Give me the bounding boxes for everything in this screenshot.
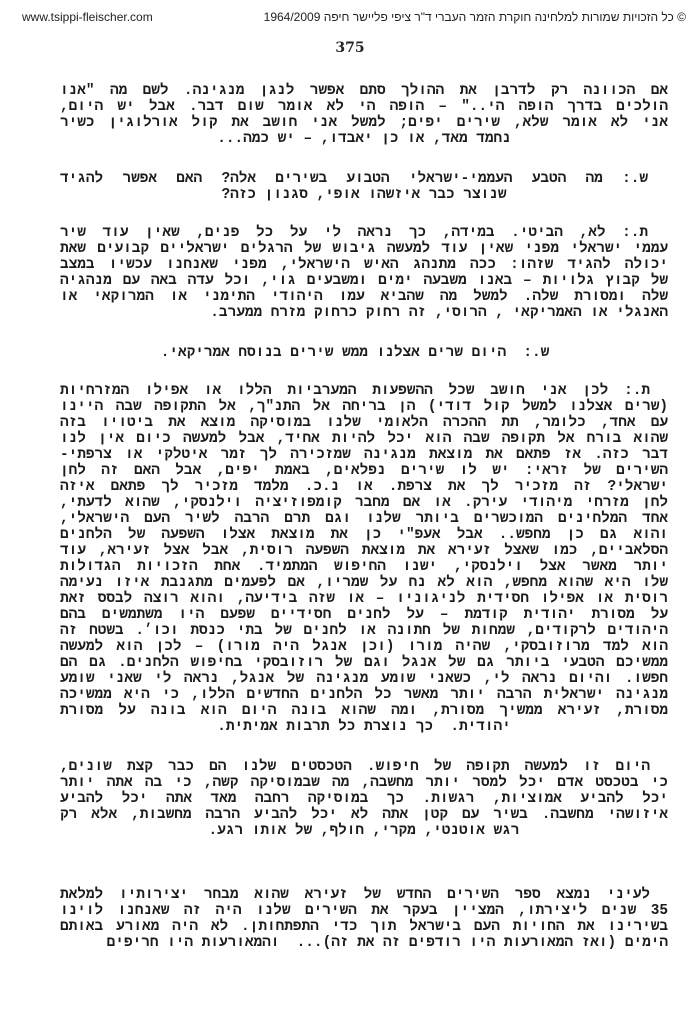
text-line: הוא למד מרוזובסקי, שהיה מורו (וכן אנגל ה… bbox=[60, 639, 668, 655]
paragraph-paragraph: לעיני נמצא ספר השירים החדש של זעירא שהוא… bbox=[60, 887, 668, 951]
text-line: כי בטכסט אדם יכל למסר יותר מחשבה, מה שבמ… bbox=[60, 775, 668, 791]
paragraph-spacer bbox=[60, 321, 668, 345]
copyright-notice: © כל הזכויות שמורות למלחינה חוקרת הזמר ה… bbox=[264, 10, 686, 24]
text-line: שנוצר כבר איזשהו אופי, סגנון כזה? bbox=[60, 187, 668, 203]
text-line: על מסורת יהודית קודמת – על לחנים חסידיים… bbox=[60, 607, 668, 623]
text-line: של קבוץ גלויות – באנו משבעה ימים ומשבעים… bbox=[60, 273, 668, 289]
text-line: עממי ישראלי מפני שאין עוד למעשה גיבוש של… bbox=[60, 241, 668, 257]
site-url: www.tsippi-fleischer.com bbox=[22, 10, 153, 24]
question-paragraph: ש.: מה הטבע העממי-ישראלי הטבוע בשירים אל… bbox=[60, 171, 668, 203]
text-line: ממשיכם הטבעי ביותר גם של אנגל וגם של רוז… bbox=[60, 655, 668, 671]
paragraph-spacer bbox=[60, 203, 668, 225]
page-number: 375 bbox=[0, 40, 700, 56]
paragraph-spacer bbox=[60, 361, 668, 383]
text-line: יהודית. כך נוצרת כל תרבות אמיתית. bbox=[60, 719, 668, 735]
text-line: ש.: היום שרים אצלנו ממש שירים בנוסח אמרי… bbox=[60, 345, 668, 361]
answer-paragraph: ת.: לכן אני חושב שכל ההשפעות המערביות הל… bbox=[60, 383, 668, 735]
text-line: עם אחד, כלומר, תת ההכרה הלאומי שלנו במוס… bbox=[60, 415, 668, 431]
paragraph-spacer bbox=[60, 147, 668, 171]
text-line: היום זו למעשה תקופה של חיפוש. הטכסטים של… bbox=[60, 759, 668, 775]
text-line: ישראלי? זה מזכיר לך את צרפת. או נ.כ. מלמ… bbox=[60, 479, 668, 495]
text-line: נחמד מאד, או כן יאבדו, – יש כמה... bbox=[60, 131, 668, 147]
text-line: יכל להביע אמוציות, רגשות. כך במוסיקה רחב… bbox=[60, 791, 668, 807]
text-line: מנגינה ישראלית הרבה יותר מאשר כל הלחנים … bbox=[60, 687, 668, 703]
text-line: שהוא בורח אל תקופה שבה הוא יכל להיות אחי… bbox=[60, 431, 668, 447]
answer-paragraph: ת.: לא, הביטי. במידה, כך נראה לי על כל פ… bbox=[60, 225, 668, 321]
question-paragraph: ש.: היום שרים אצלנו ממש שירים בנוסח אמרי… bbox=[60, 345, 668, 361]
document-body: אם הכוונה רק לדרבן את ההולך סתם אפשר לנג… bbox=[60, 83, 668, 951]
text-line: הסלאביים, כמו שאצל זעירא את מוצאת השפעה … bbox=[60, 543, 668, 559]
text-line: רגש אוטנטי, מקרי, חולף, של אותו רגע. bbox=[60, 823, 668, 839]
text-line: אני לא אומר שלא, שירים יפים; למשל אני חו… bbox=[60, 115, 668, 131]
text-line: אם הכוונה רק לדרבן את ההולך סתם אפשר לנג… bbox=[60, 83, 668, 99]
text-line: והוא גם כן מחפש.. אבל אעפ"י כן את מוצאת … bbox=[60, 527, 668, 543]
text-line: רוסית או אפילו חסידית לניגוניו – או שזה … bbox=[60, 591, 668, 607]
text-line: ש.: מה הטבע העממי-ישראלי הטבוע בשירים אל… bbox=[60, 171, 668, 187]
text-line: השירים של זראי: יש לו שירים נפלאים, באמת… bbox=[60, 463, 668, 479]
text-line: היהודים לרקודים, שמחות של חתונה או לחנים… bbox=[60, 623, 668, 639]
text-line: (שרים אצלנו למשל קול דודי) הן בריחה אל ה… bbox=[60, 399, 668, 415]
text-line: ת.: לכן אני חושב שכל ההשפעות המערביות הל… bbox=[60, 383, 668, 399]
text-line: מסורת, זעירא ממשיך מסורת, ומה שהוא בונה … bbox=[60, 703, 668, 719]
text-line: שלו היא שהוא מחפש, הוא לא נח על שמריו, א… bbox=[60, 575, 668, 591]
text-line: שלה ומסורת שלה. למשל מה שהביא עמו היהודי… bbox=[60, 289, 668, 305]
text-line: איזושהי מחשבה. בשיר עם קטן אתה לא יכל לה… bbox=[60, 807, 668, 823]
text-line: הולכים בדרך הופה הי.." – הופה הי לא אומר… bbox=[60, 99, 668, 115]
text-line: אחד המלחינים המוכשרים ביותר שלנו וגם תרם… bbox=[60, 511, 668, 527]
paragraph-paragraph: היום זו למעשה תקופה של חיפוש. הטכסטים של… bbox=[60, 759, 668, 839]
page-header: www.tsippi-fleischer.com © כל הזכויות שמ… bbox=[0, 8, 700, 28]
text-line: האנגלי או האמריקאי , הרוסי, זה רחוק כרחו… bbox=[60, 305, 668, 321]
text-line: חפשו. והיום נראה לי, כשאני שומע מנגינה ש… bbox=[60, 671, 668, 687]
answer-continuation-paragraph: אם הכוונה רק לדרבן את ההולך סתם אפשר לנג… bbox=[60, 83, 668, 147]
text-line: לחן מזרחי מיהודי עירק. או אם מחבר קומפוז… bbox=[60, 495, 668, 511]
text-line: יותר מאשר אצל וילנסקי, ישנו החיפוש המתמי… bbox=[60, 559, 668, 575]
paragraph-spacer bbox=[60, 839, 668, 887]
text-line: דבר כזה. אז פתאם את מוצאת מנגינה שמזכירה… bbox=[60, 447, 668, 463]
text-line: ת.: לא, הביטי. במידה, כך נראה לי על כל פ… bbox=[60, 225, 668, 241]
text-line: יכולה להגיד שזהו: ככה מתנהג האיש הישראלי… bbox=[60, 257, 668, 273]
text-line: 35 שנים ליצירתו, המציין בעקר את השירים ש… bbox=[60, 903, 668, 919]
text-line: לעיני נמצא ספר השירים החדש של זעירא שהוא… bbox=[60, 887, 668, 903]
text-line: הימים (ואז המאורעות היו רודפים זה את זה)… bbox=[60, 935, 668, 951]
paragraph-spacer bbox=[60, 735, 668, 759]
text-line: בשירינו את החויות העם בישראל תוך כדי התפ… bbox=[60, 919, 668, 935]
